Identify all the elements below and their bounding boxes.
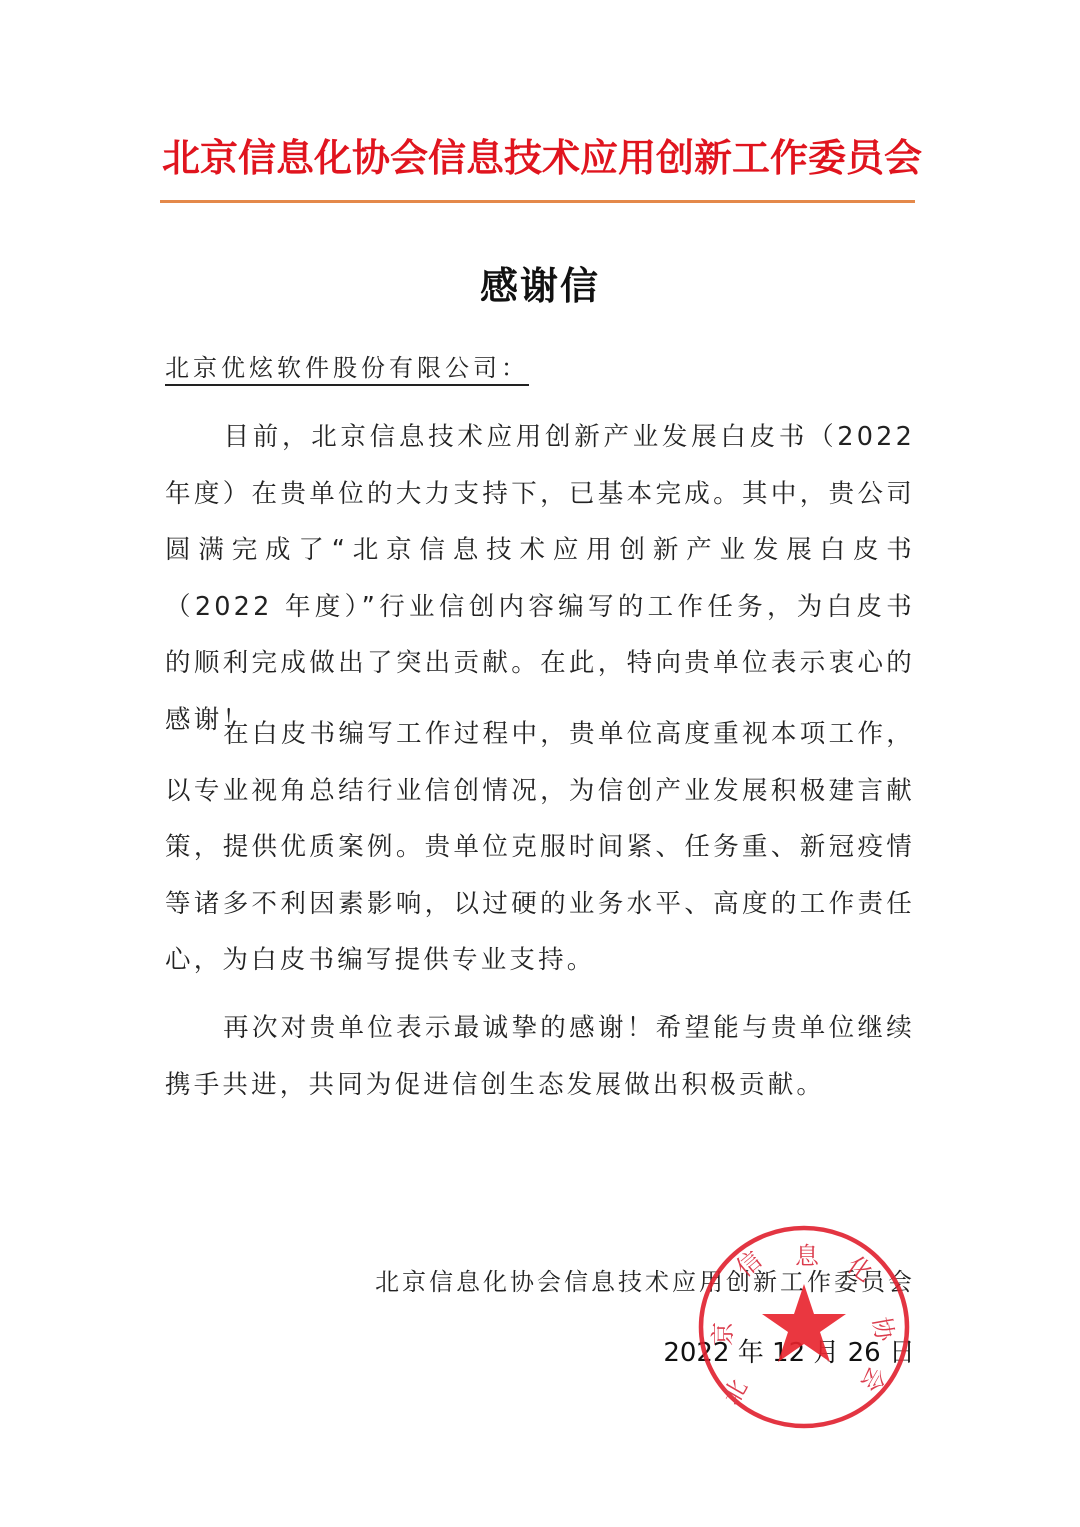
letter-paragraph-2: 在白皮书编写工作过程中，贵单位高度重视本项工作，以专业视角总结行业信创情况，为信… — [165, 706, 915, 989]
stamp-char: 北 — [717, 1375, 753, 1410]
letterhead-divider — [160, 200, 915, 203]
stamp-char: 息 — [795, 1242, 820, 1270]
stamp-char: 会 — [855, 1362, 891, 1397]
stamp-char: 京 — [709, 1322, 737, 1346]
letterhead-organization: 北京信息化协会信息技术应用创新工作委员会 — [162, 130, 922, 186]
official-seal-stamp: 北 京 信 息 化 协 会 — [695, 1222, 913, 1432]
paragraph-text: 目前，北京信息技术应用创新产业发展白皮书（2022 年度）在贵单位的大力支持下，… — [165, 422, 915, 735]
stamp-char: 化 — [842, 1251, 878, 1288]
letter-title: 感谢信 — [0, 258, 1080, 314]
paragraph-text: 再次对贵单位表示最诚挚的感谢！希望能与贵单位继续携手共进，共同为促进信创生态发展… — [165, 1013, 915, 1100]
stamp-char: 协 — [867, 1315, 899, 1344]
letter-salutation: 北京优炫软件股份有限公司： — [165, 348, 547, 388]
paragraph-text: 在白皮书编写工作过程中，贵单位高度重视本项工作，以专业视角总结行业信创情况，为信… — [165, 719, 915, 975]
letter-paragraph-3: 再次对贵单位表示最诚挚的感谢！希望能与贵单位继续携手共进，共同为促进信创生态发展… — [165, 1000, 915, 1113]
star-icon — [762, 1284, 846, 1362]
letter-paragraph-1: 目前，北京信息技术应用创新产业发展白皮书（2022 年度）在贵单位的大力支持下，… — [165, 409, 915, 748]
